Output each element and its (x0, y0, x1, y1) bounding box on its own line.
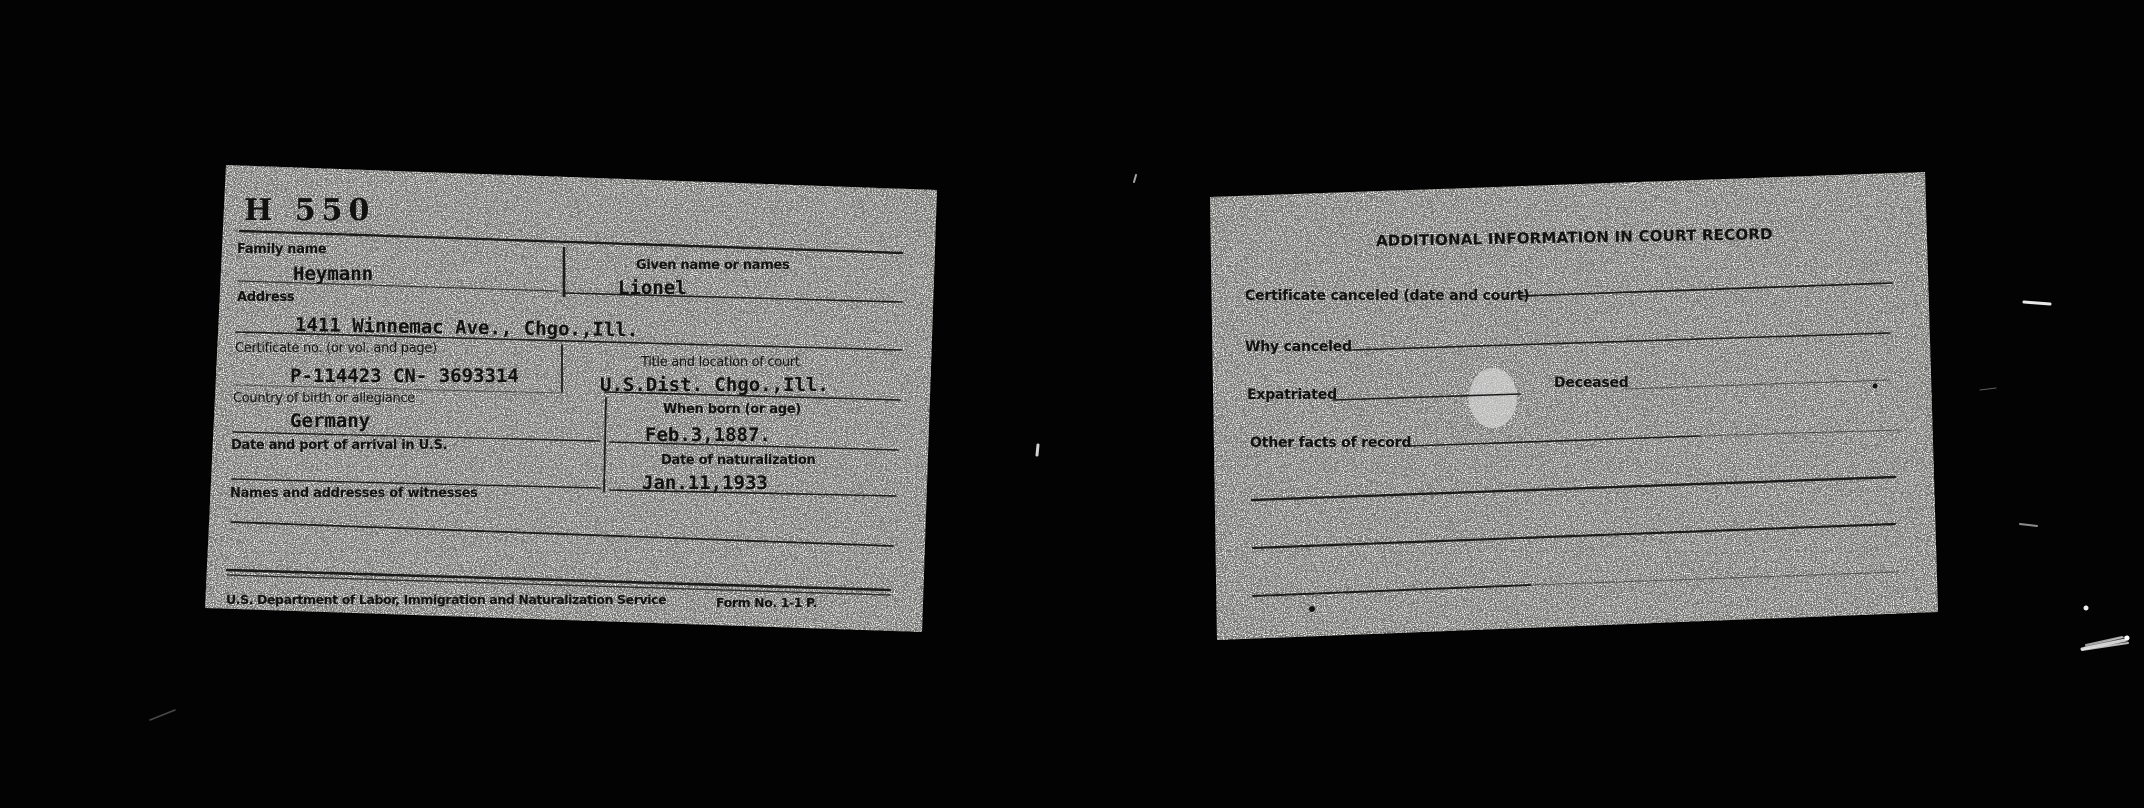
born-value: Feb.3,1887. (645, 426, 771, 445)
certificate-label: Certificate no. (or vol. and page) (235, 342, 437, 355)
country-label: Country of birth or allegiance (233, 392, 415, 405)
deceased-label: Deceased (1554, 376, 1629, 390)
microfilm-frame: H 550 5501 Family name Heymann Given nam… (0, 0, 2144, 808)
expatriated-label: Expatriated (1247, 388, 1337, 402)
family-name-label: Family name (237, 243, 326, 256)
other-facts-label: Other facts of record (1250, 436, 1411, 450)
why-canceled-label: Why canceled (1245, 340, 1352, 354)
country-value: Germany (290, 412, 370, 431)
index-code: H 550 (244, 196, 375, 226)
address-value: 1411 Winnemac Ave., Chgo.,Ill. (295, 316, 638, 340)
given-name-label: Given name or names (636, 259, 789, 272)
family-name-value: Heymann (293, 265, 373, 284)
court-label: Title and location of court (641, 356, 800, 369)
form-number: Form No. 1-1 P. (716, 597, 817, 610)
certificate-value: P-114423 CN- 3693314 (290, 367, 519, 386)
court-value: U.S.Dist. Chgo.,Ill. (600, 376, 829, 395)
address-label: Address (237, 291, 294, 304)
born-label: When born (or age) (663, 403, 801, 416)
naturalization-label: Date of naturalization (661, 454, 815, 467)
pencil-note: 5501 (348, 241, 398, 256)
arrival-label: Date and port of arrival in U.S. (231, 439, 447, 452)
witnesses-label: Names and addresses of witnesses (230, 487, 478, 500)
given-name-value: Lionel (618, 279, 687, 298)
agency-footer: U.S. Department of Labor, Immigration an… (226, 594, 666, 607)
certificate-canceled-label: Certificate canceled (date and court) (1245, 289, 1529, 303)
naturalization-value: Jan.11,1933 (642, 474, 768, 493)
faint-stamp-mark (1469, 368, 1517, 428)
